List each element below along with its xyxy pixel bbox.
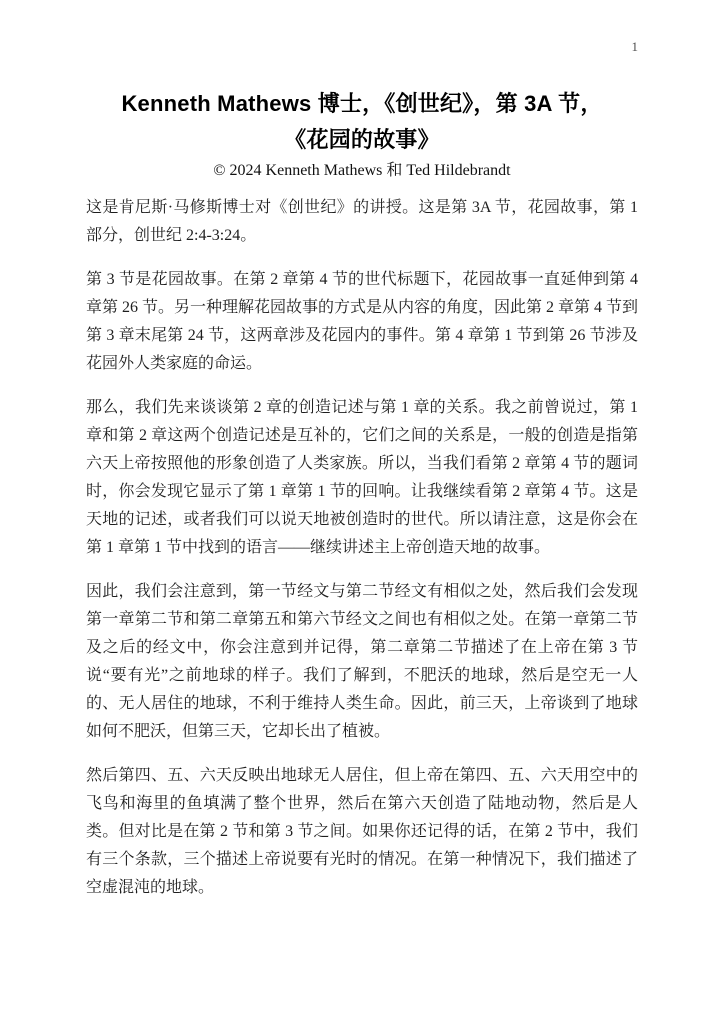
body-paragraph-2: 第 3 节是花园故事。在第 2 章第 4 节的世代标题下，花园故事一直延伸到第 … — [86, 266, 638, 378]
document-page: 1 Kenneth Mathews 博士，《创世纪》，第 3A 节， 《花园的故… — [0, 0, 724, 1024]
copyright-line: © 2024 Kenneth Mathews 和 Ted Hildebrandt — [86, 160, 638, 182]
document-title: Kenneth Mathews 博士，《创世纪》，第 3A 节， 《花园的故事》 — [86, 0, 638, 158]
body-paragraph-3: 那么，我们先来谈谈第 2 章的创造记述与第 1 章的关系。我之前曾说过，第 1 … — [86, 394, 638, 562]
body-paragraph-4: 因此，我们会注意到，第一节经文与第二节经文有相似之处，然后我们会发现第一章第二节… — [86, 578, 638, 746]
document-body: 这是肯尼斯·马修斯博士对《创世纪》的讲授。这是第 3A 节，花园故事，第 1 部… — [86, 194, 638, 902]
body-paragraph-1: 这是肯尼斯·马修斯博士对《创世纪》的讲授。这是第 3A 节，花园故事，第 1 部… — [86, 194, 638, 250]
page-number: 1 — [632, 40, 639, 53]
title-line-1: Kenneth Mathews 博士，《创世纪》，第 3A 节， — [86, 86, 638, 122]
title-line-2: 《花园的故事》 — [86, 122, 638, 158]
body-paragraph-5: 然后第四、五、六天反映出地球无人居住，但上帝在第四、五、六天用空中的飞鸟和海里的… — [86, 762, 638, 902]
